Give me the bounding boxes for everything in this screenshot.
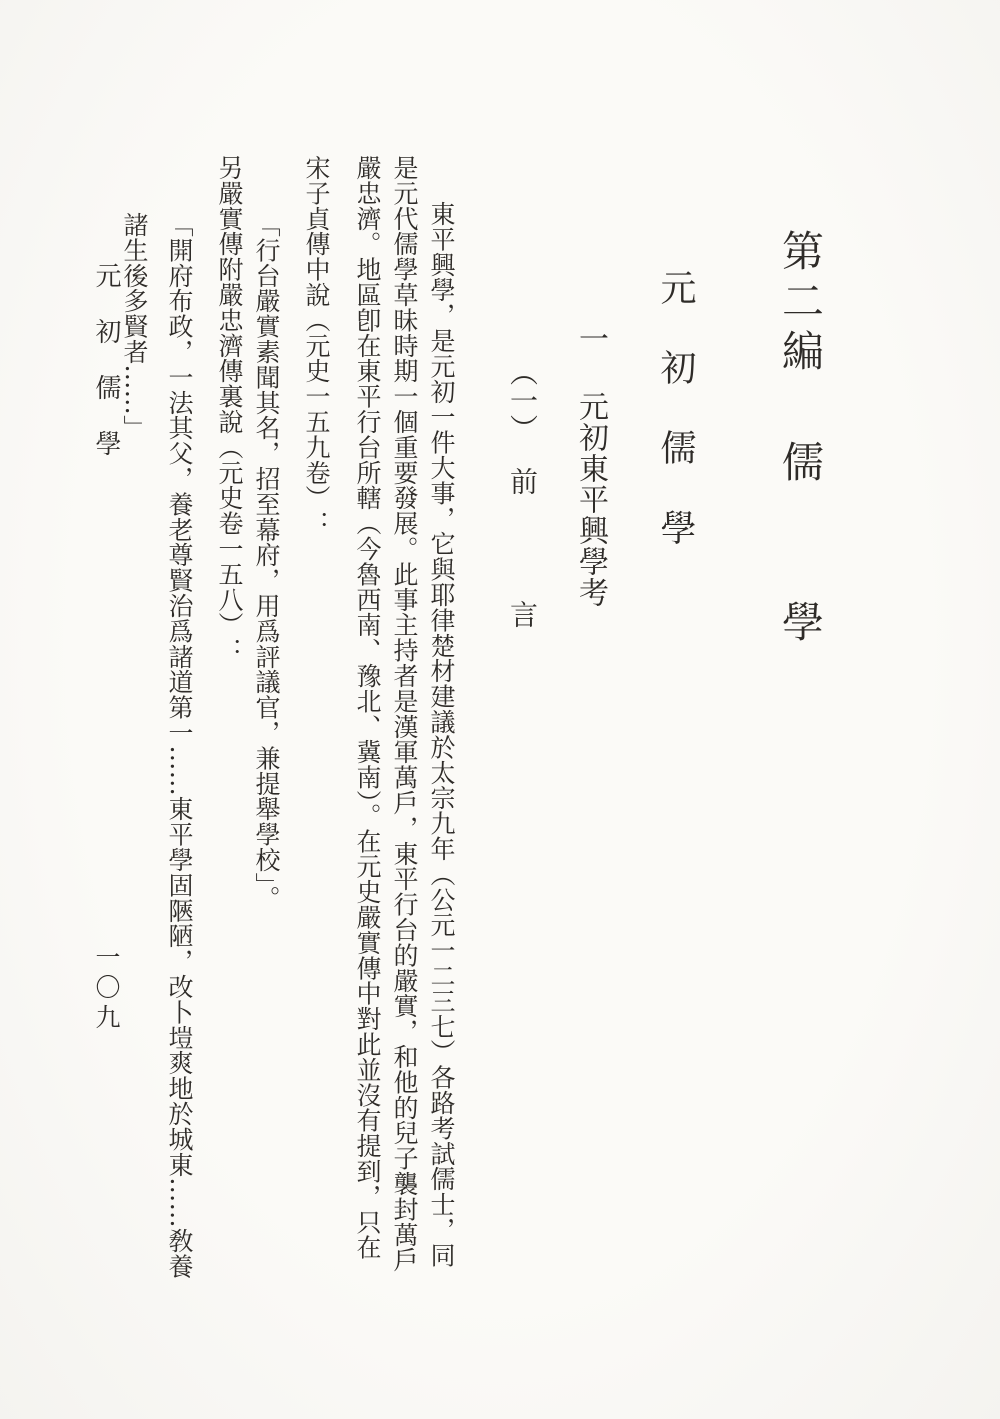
text-column: 東平興學，是元初一件大事，它與耶律楚材建議於太宗九年（公元一二三七）各路考試儒士… (423, 155, 460, 1280)
subsection-title-char-1: 前 (508, 467, 536, 495)
section-number: 一 (573, 323, 608, 353)
subsection-heading: （一） 前 言 (508, 155, 536, 1280)
part-heading: 第二編 儒 學 (779, 155, 821, 1280)
text-column: 宋子貞傳中說（元史一五九卷）： (298, 155, 335, 1280)
page-content: 第二編 儒 學 元初儒學 一 元初東平興學考 （一） 前 言 東平興學，是元初一… (116, 155, 840, 1280)
part-number: 第二編 (776, 229, 825, 379)
quote-column: 諸生後多賢者……」 (116, 155, 153, 1280)
section-title: 元初東平興學考 (575, 391, 605, 608)
quote-column: 「開府布政，一法其父，養老尊賢治爲諸道第一……東平學固陿陋，改卜塏爽地於城東……… (161, 155, 198, 1280)
text-column: 嚴忠濟。地區卽在東平行台所轄（今魯西南、豫北、冀南）。在元史嚴實傳中對此並沒有提… (349, 155, 386, 1280)
subject-heading: 元初儒學 (657, 155, 693, 1280)
book-page: 第二編 儒 學 元初儒學 一 元初東平興學考 （一） 前 言 東平興學，是元初一… (0, 0, 1000, 1419)
quote-column: 「行台嚴實素聞其名，招至幕府，用爲評議官，兼提舉學校」。 (248, 155, 285, 1280)
subsection-number: （一） (506, 358, 539, 442)
page-number: 一〇九 (94, 944, 119, 1034)
section-heading: 一 元初東平興學考 (575, 155, 605, 1280)
subsection-title-char-2: 言 (508, 600, 536, 628)
running-title: 元初儒學 (93, 262, 119, 486)
part-title-char-1: 儒 (779, 440, 821, 482)
part-title-char-2: 學 (779, 600, 821, 642)
text-column: 是元代儒學草昧時期一個重要發展。此事主持者是漢軍萬戶，東平行台的嚴實，和他的兒子… (386, 155, 423, 1280)
text-column: 另嚴實傳附嚴忠濟傳裏說（元史卷一五八）： (211, 155, 248, 1280)
